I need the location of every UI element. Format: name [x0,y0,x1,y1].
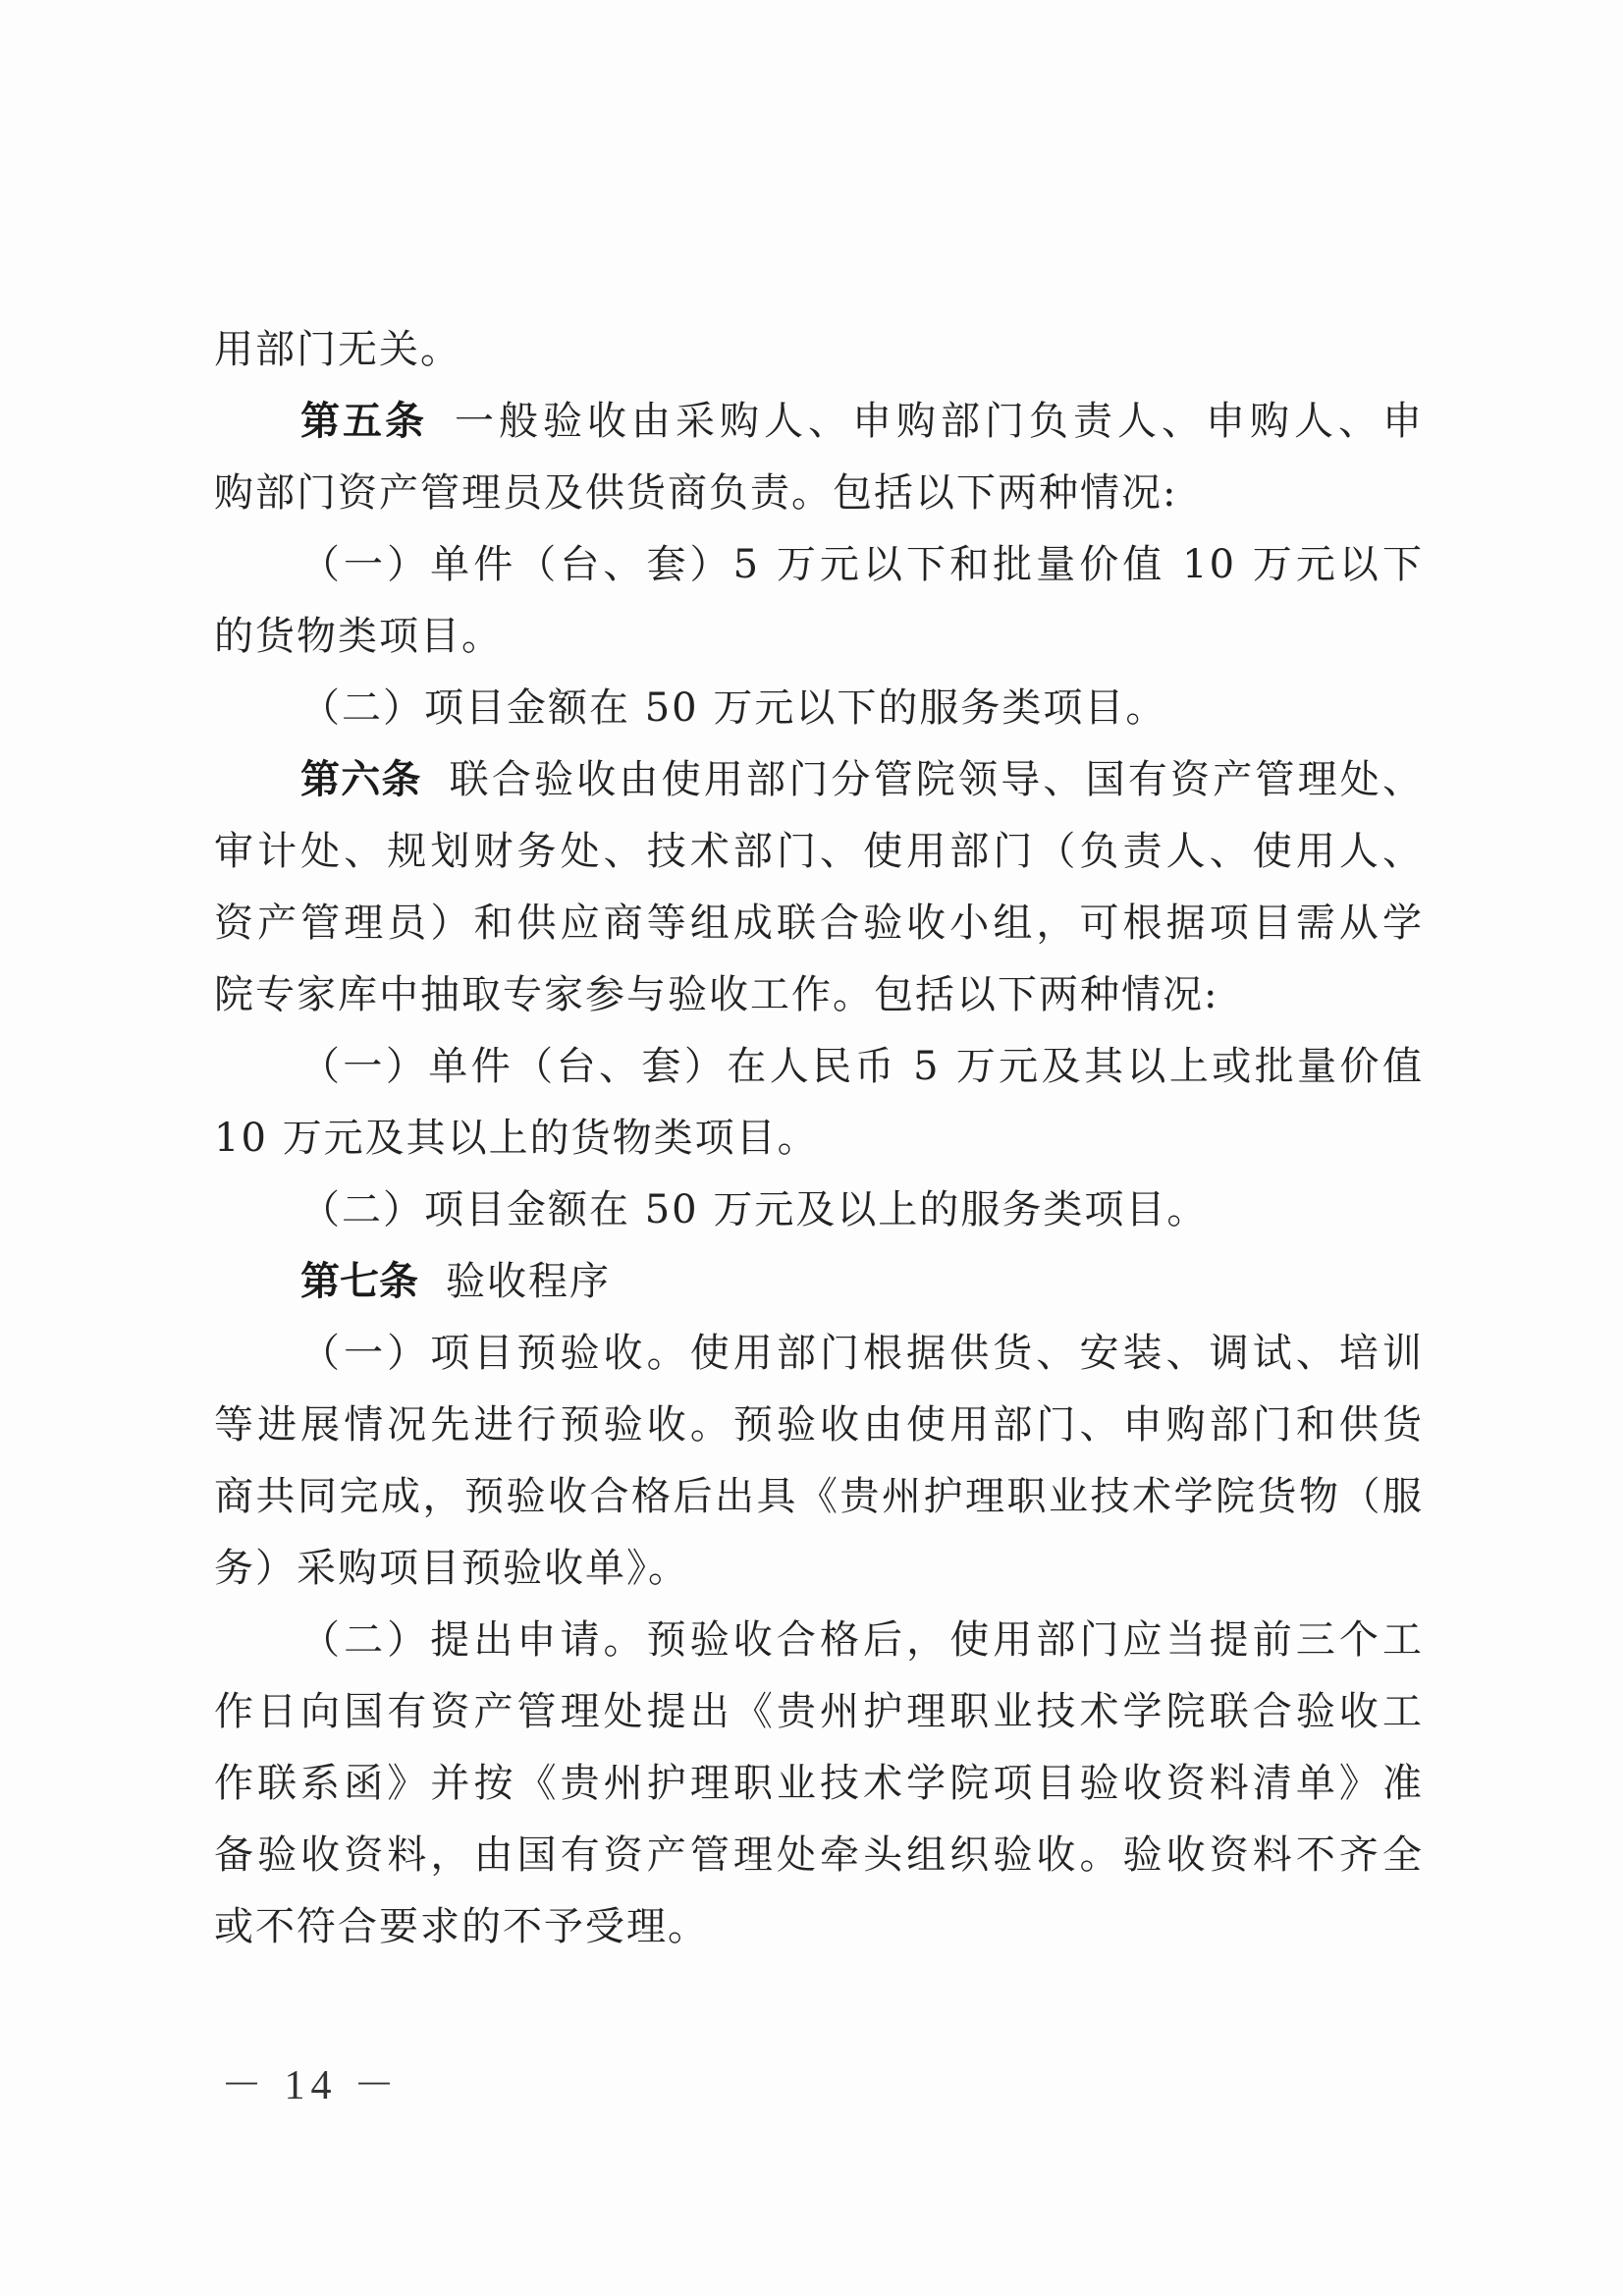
paragraph-line: 等进展情况先进行预验收。预验收由使用部门、申购部门和供货 [214,1390,1424,1461]
paragraph-line: 务）采购项目预验收单》。 [214,1533,1424,1605]
article-6-line: 第六条联合验收由使用部门分管院领导、国有资产管理处、 [214,744,1424,816]
paragraph-line: （一）项目预验收。使用部门根据供货、安装、调试、培训 [214,1318,1424,1390]
article-heading: 第七条 [300,1259,418,1304]
paragraph-line: 商共同完成，预验收合格后出具《贵州护理职业技术学院货物（服 [214,1461,1424,1533]
paragraph-line: 审计处、规划财务处、技术部门、使用部门（负责人、使用人、 [214,816,1424,888]
article-heading: 第五条 [300,399,427,444]
paragraph-text: 验收程序 [446,1259,611,1304]
paragraph-line: 资产管理员）和供应商等组成联合验收小组，可根据项目需从学 [214,888,1424,959]
paragraph-line: 或不符合要求的不予受理。 [214,1891,1424,1963]
paragraph-line: 购部门资产管理员及供货商负责。包括以下两种情况: [214,458,1424,529]
paragraph-line: （一）单件（台、套）5 万元以下和批量价值 10 万元以下 [214,529,1424,601]
paragraph-line: 作联系函》并按《贵州护理职业技术学院项目验收资料清单》准 [214,1748,1424,1820]
article-5-line: 第五条一般验收由采购人、申购部门负责人、申购人、申 [214,386,1424,458]
paragraph-line: 备验收资料，由国有资产管理处牵头组织验收。验收资料不齐全 [214,1820,1424,1891]
paragraph-line: （二）提出申请。预验收合格后，使用部门应当提前三个工 [214,1605,1424,1676]
paragraph-line: 作日向国有资产管理处提出《贵州护理职业技术学院联合验收工 [214,1676,1424,1748]
paragraph-line: 院专家库中抽取专家参与验收工作。包括以下两种情况: [214,959,1424,1031]
article-7-line: 第七条验收程序 [214,1246,1424,1318]
paragraph-line: 10 万元及其以上的货物类项目。 [214,1103,1424,1175]
document-page: 用部门无关。 第五条一般验收由采购人、申购部门负责人、申购人、申 购部门资产管理… [0,0,1623,2296]
paragraph-line: （二）项目金额在 50 万元以下的服务类项目。 [214,673,1424,744]
page-number: － 14 － [221,2052,401,2111]
paragraph-text: 一般验收由采购人、申购部门负责人、申购人、申 [455,399,1424,444]
article-heading: 第六条 [300,757,422,802]
paragraph-line: （二）项目金额在 50 万元及以上的服务类项目。 [214,1175,1424,1246]
paragraph-text: 联合验收由使用部门分管院领导、国有资产管理处、 [450,757,1424,802]
paragraph-line: （一）单件（台、套）在人民币 5 万元及其以上或批量价值 [214,1031,1424,1103]
body-text: 用部门无关。 第五条一般验收由采购人、申购部门负责人、申购人、申 购部门资产管理… [214,314,1424,1963]
paragraph-line: 用部门无关。 [214,314,1424,386]
paragraph-line: 的货物类项目。 [214,601,1424,673]
